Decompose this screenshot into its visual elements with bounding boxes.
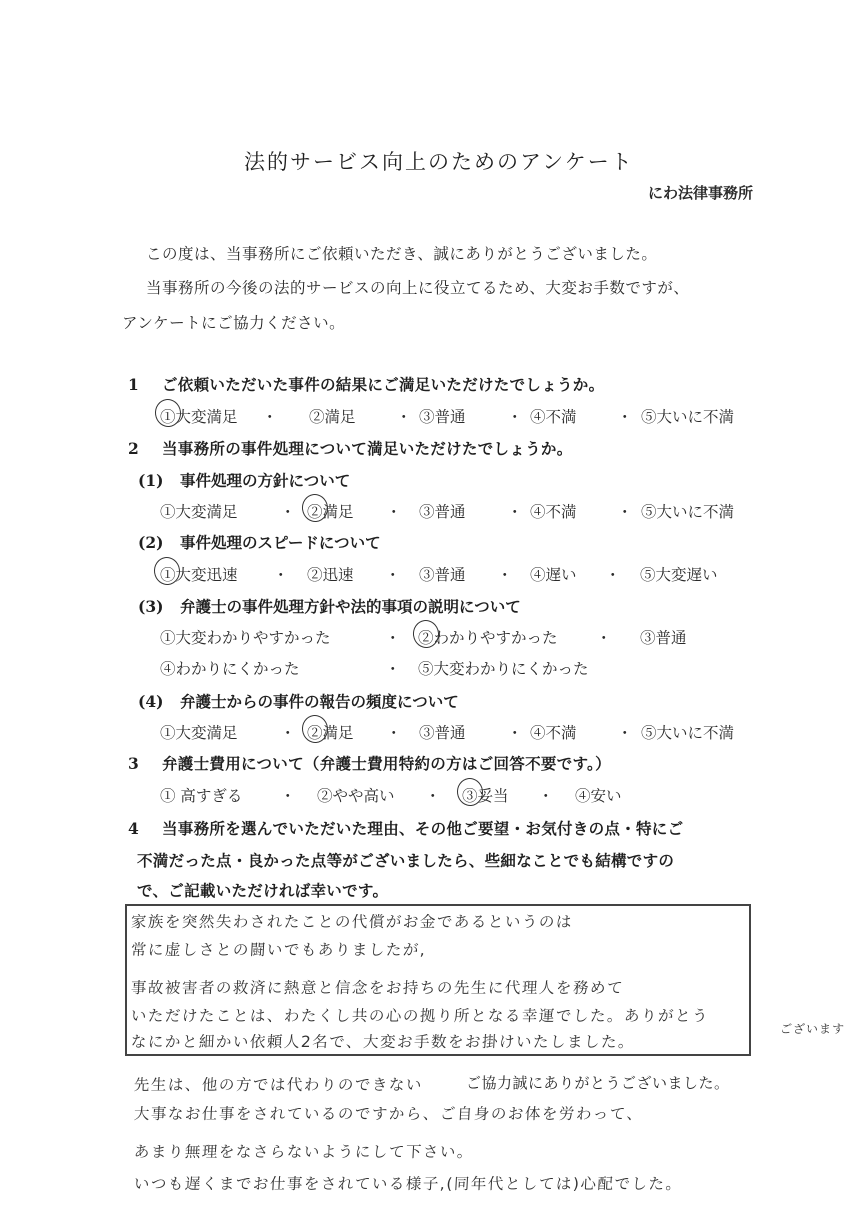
separator: ・	[385, 657, 401, 679]
separator: ・	[617, 405, 633, 427]
law-firm-name: にわ法律事務所	[648, 182, 753, 203]
intro-line-1: この度は、当事務所にご依頼いただき、誠にありがとうございました。	[146, 242, 657, 264]
question-2-4: (4)弁護士からの事件の報告の頻度について	[138, 690, 459, 712]
separator: ・	[497, 563, 513, 585]
separator: ・	[386, 500, 402, 522]
intro-line-2: 当事務所の今後の法的サービスの向上に役立てるため、大変お手数ですが、	[146, 276, 689, 298]
handwritten-line-4: いただけたことは、わたくし共の心の拠り所となる幸運でした。ありがとう	[130, 1004, 709, 1026]
q1-option-4[interactable]: ④不満	[530, 405, 577, 427]
separator: ・	[538, 784, 554, 806]
separator: ・	[386, 721, 402, 743]
separator: ・	[262, 405, 278, 427]
q2-2-option-3[interactable]: ③普通	[419, 563, 466, 585]
separator: ・	[507, 405, 523, 427]
question-2-1: (1)事件処理の方針について	[138, 469, 350, 491]
handwritten-margin-note: ございます	[780, 1020, 846, 1037]
q2-1-option-5[interactable]: ⑤大いに不満	[641, 500, 734, 522]
separator: ・	[617, 721, 633, 743]
sub-question-text: 事件処理のスピードについて	[180, 533, 381, 552]
q2-3-option-5[interactable]: ⑤大変わかりにくかった	[418, 657, 589, 679]
handwritten-line-7: 大事なお仕事をされているのですから、ご自身のお体を労わって、	[133, 1102, 644, 1124]
question-1: 1ご依頼いただいた事件の結果にご満足いただけたでしょうか。	[128, 373, 604, 395]
intro-line-3: アンケートにご協力ください。	[122, 311, 345, 333]
q1-option-5[interactable]: ⑤大いに不満	[641, 405, 734, 427]
q2-1-option-4[interactable]: ④不満	[530, 500, 577, 522]
question-number: 2	[128, 439, 162, 458]
q2-4-option-3[interactable]: ③普通	[419, 721, 466, 743]
q2-1-option-1[interactable]: ①大変満足	[160, 500, 238, 522]
separator: ・	[385, 563, 401, 585]
q2-3-option-3[interactable]: ③普通	[640, 626, 687, 648]
question-3: 3弁護士費用について（弁護士費用特約の方はご回答不要です。）	[128, 752, 611, 774]
sub-question-number: (3)	[138, 597, 180, 616]
question-number: 1	[128, 375, 162, 394]
q2-4-option-1[interactable]: ①大変満足	[160, 721, 238, 743]
q2-3-option-4[interactable]: ④わかりにくかった	[160, 657, 300, 679]
question-text: 当事務所の事件処理について満足いただけたでしょうか。	[162, 439, 573, 458]
q2-4-option-5[interactable]: ⑤大いに不満	[641, 721, 734, 743]
question-text-line-1: 当事務所を選んでいただいた理由、その他ご要望・お気付きの点・特にご	[162, 819, 683, 838]
q2-4-option-4[interactable]: ④不満	[530, 721, 577, 743]
q2-3-option-1[interactable]: ①大変わかりやすかった	[160, 626, 331, 648]
question-2: 2当事務所の事件処理について満足いただけたでしょうか。	[128, 437, 573, 459]
handwritten-line-1: 家族を突然失わされたことの代償がお金であるというのは	[130, 910, 573, 932]
q2-2-option-4[interactable]: ④遅い	[530, 563, 577, 585]
separator: ・	[385, 626, 401, 648]
question-number: 3	[128, 754, 162, 773]
separator: ・	[280, 721, 296, 743]
separator: ・	[605, 563, 621, 585]
question-4-line-3: で、ご記載いただければ幸いです。	[137, 879, 388, 901]
separator: ・	[507, 500, 523, 522]
question-text: 弁護士費用について（弁護士費用特約の方はご回答不要です。）	[162, 754, 611, 773]
separator: ・	[425, 784, 441, 806]
survey-title: 法的サービス向上のためのアンケート	[244, 146, 634, 176]
separator: ・	[273, 563, 289, 585]
sub-question-text: 弁護士からの事件の報告の頻度について	[180, 692, 459, 711]
separator: ・	[396, 405, 412, 427]
q2-2-option-2[interactable]: ②迅速	[307, 563, 354, 585]
q3-option-1[interactable]: ① 高すぎる	[160, 784, 242, 806]
question-2-3: (3)弁護士の事件処理方針や法的事項の説明について	[138, 595, 521, 617]
separator: ・	[507, 721, 523, 743]
handwritten-line-9: いつも遅くまでお仕事をされている様子,(同年代としては)心配でした。	[133, 1172, 683, 1194]
separator: ・	[280, 500, 296, 522]
handwritten-line-6: 先生は、他の方では代わりのできない	[133, 1073, 423, 1095]
question-4: 4当事務所を選んでいただいた理由、その他ご要望・お気付きの点・特にご	[128, 817, 683, 839]
separator: ・	[617, 500, 633, 522]
q1-option-2[interactable]: ②満足	[309, 405, 356, 427]
question-text: ご依頼いただいた事件の結果にご満足いただけたでしょうか。	[162, 375, 604, 394]
sub-question-text: 事件処理の方針について	[180, 471, 350, 490]
sub-question-text: 弁護士の事件処理方針や法的事項の説明について	[180, 597, 521, 616]
q2-1-option-3[interactable]: ③普通	[419, 500, 466, 522]
handwritten-line-3: 事故被害者の救済に熱意と信念をお持ちの先生に代理人を務めて	[130, 976, 624, 998]
separator: ・	[596, 626, 612, 648]
handwritten-line-5: なにかと細かい依頼人2名で、大変お手数をお掛けいたしました。	[130, 1030, 635, 1052]
q1-option-3[interactable]: ③普通	[419, 405, 466, 427]
q3-option-2[interactable]: ②やや高い	[317, 784, 395, 806]
handwritten-line-2: 常に虚しさとの闘いでもありましたが,	[130, 938, 427, 960]
question-number: 4	[128, 819, 162, 838]
q2-2-option-5[interactable]: ⑤大変遅い	[640, 563, 718, 585]
sub-question-number: (2)	[138, 533, 180, 552]
question-2-2: (2)事件処理のスピードについて	[138, 531, 381, 553]
handwritten-line-8: あまり無理をなさらないようにして下さい。	[133, 1140, 474, 1162]
q3-option-4[interactable]: ④安い	[575, 784, 622, 806]
sub-question-number: (4)	[138, 692, 180, 711]
q2-3-option-2[interactable]: ②わかりやすかった	[418, 626, 558, 648]
separator: ・	[280, 784, 296, 806]
printed-thanks: ご協力誠にありがとうございました。	[466, 1072, 730, 1093]
question-4-line-2: 不満だった点・良かった点等がございましたら、些細なことでも結構ですの	[137, 849, 674, 871]
sub-question-number: (1)	[138, 471, 180, 490]
